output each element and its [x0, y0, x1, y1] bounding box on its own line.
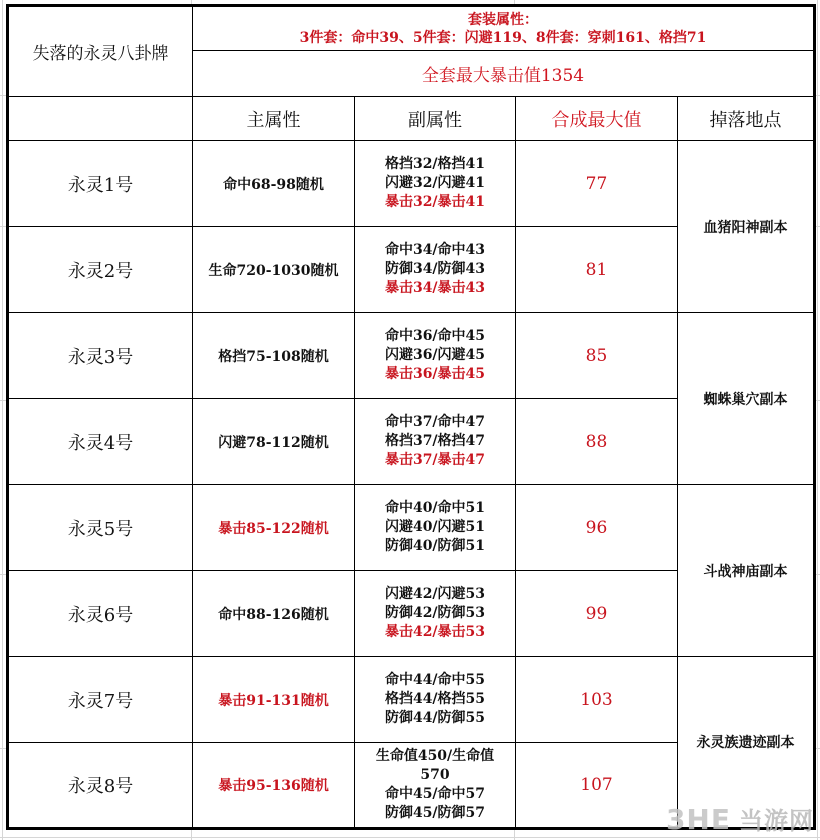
sub-attr-line: 防御42/防御53: [385, 604, 485, 623]
table-row: 永灵5号暴击85-122随机命中40/命中51闪避40/闪避51防御40/防御5…: [8, 485, 815, 571]
item-name: 永灵4号: [8, 399, 193, 485]
watermark-text: 当游网: [739, 807, 814, 835]
sub-attr-list: 命中36/命中45闪避36/闪避45暴击36/暴击45: [385, 327, 485, 384]
header-max-value: 合成最大值: [516, 97, 678, 141]
sub-attrs: 格挡32/格挡41闪避32/闪避41暴击32/暴击41: [355, 141, 516, 227]
item-name: 永灵1号: [8, 141, 193, 227]
sub-attrs: 闪避42/闪避53防御42/防御53暴击42/暴击53: [355, 571, 516, 657]
sub-attr-line: 格挡44/格挡55: [385, 690, 485, 709]
sub-attrs: 命中44/命中55格挡44/格挡55防御44/防御55: [355, 657, 516, 743]
sub-attr-line: 防御45/防御57: [376, 804, 494, 823]
main-attr: 暴击85-122随机: [193, 485, 355, 571]
item-name: 永灵7号: [8, 657, 193, 743]
max-value: 107: [516, 743, 678, 829]
max-value: 88: [516, 399, 678, 485]
drop-location: 蜘蛛巢穴副本: [678, 313, 815, 485]
max-value: 85: [516, 313, 678, 399]
sub-attr-line: 闪避42/闪避53: [385, 585, 485, 604]
sub-attrs: 命中37/命中47格挡37/格挡47暴击37/暴击47: [355, 399, 516, 485]
sub-attr-line: 命中44/命中55: [385, 671, 485, 690]
drop-location: 血猪阳神副本: [678, 141, 815, 313]
max-value: 103: [516, 657, 678, 743]
sub-attrs: 命中40/命中51闪避40/闪避51防御40/防御51: [355, 485, 516, 571]
item-name: 永灵8号: [8, 743, 193, 829]
header-drop-location: 掉落地点: [678, 97, 815, 141]
max-value: 96: [516, 485, 678, 571]
sub-attr-line: 防御44/防御55: [385, 709, 485, 728]
max-value: 77: [516, 141, 678, 227]
sub-attr-line: 防御40/防御51: [385, 537, 485, 556]
header-row: 主属性 副属性 合成最大值 掉落地点: [8, 97, 815, 141]
drop-location: 斗战神庙副本: [678, 485, 815, 657]
equipment-table: 失落的永灵八卦牌 套装属性： 3件套：命中39、5件套：闪避119、8件套：穿刺…: [6, 4, 816, 830]
sub-attr-line: 暴击32/暴击41: [385, 193, 485, 212]
item-name: 永灵5号: [8, 485, 193, 571]
item-name: 永灵3号: [8, 313, 193, 399]
sub-attr-line: 命中40/命中51: [385, 499, 485, 518]
header-empty: [8, 97, 193, 141]
set-bonus-text: 3件套：命中39、5件套：闪避119、8件套：穿刺161、格挡71: [193, 29, 813, 47]
set-title: 失落的永灵八卦牌: [8, 6, 193, 97]
sub-attr-line: 570: [376, 766, 494, 785]
set-bonus-label: 套装属性：: [193, 11, 813, 29]
sub-attr-list: 命中34/命中43防御34/防御43暴击34/暴击43: [385, 241, 485, 298]
main-attr: 暴击91-131随机: [193, 657, 355, 743]
table-row: 永灵7号暴击91-131随机命中44/命中55格挡44/格挡55防御44/防御5…: [8, 657, 815, 743]
sub-attr-line: 闪避36/闪避45: [385, 346, 485, 365]
sub-attr-list: 生命值450/生命值570命中45/命中57防御45/防御57: [376, 747, 494, 823]
sub-attr-list: 格挡32/格挡41闪避32/闪避41暴击32/暴击41: [385, 155, 485, 212]
header-main-attr: 主属性: [193, 97, 355, 141]
sub-attrs: 命中34/命中43防御34/防御43暴击34/暴击43: [355, 227, 516, 313]
table-row: 永灵1号命中68-98随机格挡32/格挡41闪避32/闪避41暴击32/暴击41…: [8, 141, 815, 227]
sub-attr-line: 命中45/命中57: [376, 785, 494, 804]
main-attr: 生命720-1030随机: [193, 227, 355, 313]
sub-attrs: 生命值450/生命值570命中45/命中57防御45/防御57: [355, 743, 516, 829]
max-crit-value: 全套最大暴击值1354: [193, 51, 815, 97]
item-name: 永灵2号: [8, 227, 193, 313]
sub-attr-list: 命中37/命中47格挡37/格挡47暴击37/暴击47: [385, 413, 485, 470]
max-value: 99: [516, 571, 678, 657]
header-sub-attr: 副属性: [355, 97, 516, 141]
sub-attr-line: 暴击36/暴击45: [385, 365, 485, 384]
sub-attr-line: 格挡37/格挡47: [385, 432, 485, 451]
watermark-logo: 3HE: [666, 803, 731, 836]
sub-attr-line: 生命值450/生命值: [376, 747, 494, 766]
sub-attr-line: 暴击37/暴击47: [385, 451, 485, 470]
main-attr: 暴击95-136随机: [193, 743, 355, 829]
sub-attr-line: 命中36/命中45: [385, 327, 485, 346]
set-bonus-cell: 套装属性： 3件套：命中39、5件套：闪避119、8件套：穿刺161、格挡71: [193, 6, 815, 51]
sub-attr-line: 命中37/命中47: [385, 413, 485, 432]
sub-attr-line: 命中34/命中43: [385, 241, 485, 260]
sub-attr-line: 闪避32/闪避41: [385, 174, 485, 193]
sub-attr-line: 防御34/防御43: [385, 260, 485, 279]
main-attr: 命中68-98随机: [193, 141, 355, 227]
table-row: 永灵3号格挡75-108随机命中36/命中45闪避36/闪避45暴击36/暴击4…: [8, 313, 815, 399]
main-attr: 命中88-126随机: [193, 571, 355, 657]
watermark: 3HE当游网: [666, 801, 814, 836]
sub-attr-list: 命中40/命中51闪避40/闪避51防御40/防御51: [385, 499, 485, 556]
main-attr: 格挡75-108随机: [193, 313, 355, 399]
sub-attrs: 命中36/命中45闪避36/闪避45暴击36/暴击45: [355, 313, 516, 399]
sub-attr-list: 闪避42/闪避53防御42/防御53暴击42/暴击53: [385, 585, 485, 642]
item-name: 永灵6号: [8, 571, 193, 657]
main-attr: 闪避78-112随机: [193, 399, 355, 485]
sub-attr-line: 格挡32/格挡41: [385, 155, 485, 174]
sub-attr-line: 闪避40/闪避51: [385, 518, 485, 537]
sub-attr-line: 暴击42/暴击53: [385, 623, 485, 642]
sub-attr-list: 命中44/命中55格挡44/格挡55防御44/防御55: [385, 671, 485, 728]
sub-attr-line: 暴击34/暴击43: [385, 279, 485, 298]
max-value: 81: [516, 227, 678, 313]
